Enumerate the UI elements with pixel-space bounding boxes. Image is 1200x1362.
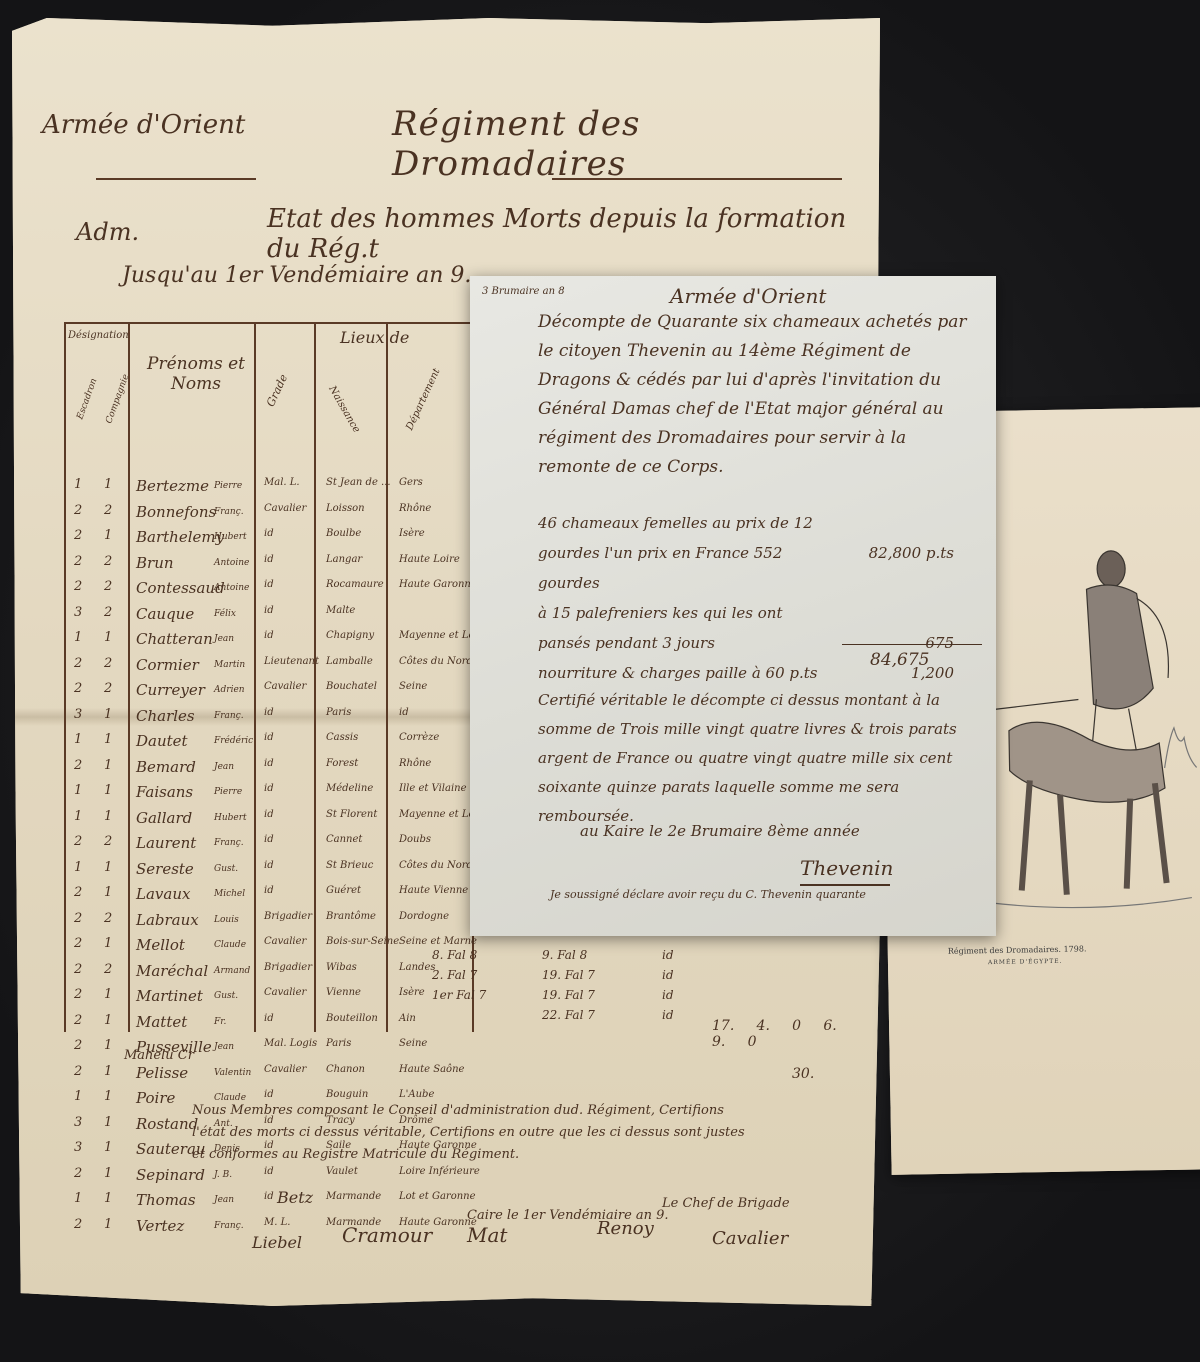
cell-cie: 2 [104,834,112,849]
cell-dept: Corrèze [399,732,439,743]
cell-dept: Ille et Vilaine [399,783,467,794]
cell-dept: Côtes du Nord [399,656,473,667]
receipt-place-date: au Kaire le 2e Brumaire 8ème année [580,822,860,840]
cell-grade: id [264,860,274,871]
cell-nom: Mattet [136,1013,187,1031]
cell-lieu: Rocamaure [326,579,384,590]
cell: 19. Fal 7 [542,968,595,982]
table-row: 22ContessaudidRocamaureHaute GaronneAnto… [64,576,474,601]
col-header-designation: Désignation [68,330,129,341]
signature: Betz [277,1188,313,1207]
cell-dept: Haute Loire [399,554,460,565]
col-header-grade: Grade [264,372,290,408]
signature-flourish [800,884,890,886]
register-title: Etat des hommes Morts depuis la formatio… [267,204,880,264]
cell-lieu: St Jean de ... [326,477,391,488]
cell: 1er Fal 7 [432,988,486,1002]
cell-lieu: Cannet [326,834,362,845]
cell-nom: Labraux [136,911,199,929]
table-row: 22BonnefonsCavalierLoissonRhôneFranç. [64,500,474,525]
cell-grade: Cavalier [264,503,306,514]
cell-esc: 3 [74,605,82,620]
cell: 2. Fal 7 [432,968,477,982]
cell: 9. Fal 8 [542,948,587,962]
cell-esc: 2 [74,1064,82,1079]
cell-prenom: Valentin [214,1068,251,1078]
table-row: 21LavauxidGuéretHaute VienneMichel [64,882,474,907]
cell-lieu: Boulbe [326,528,361,539]
receipt-item-amount: 675 [925,628,954,658]
table-row: 31CharlesidParisidFranç. [64,704,474,729]
cell-nom: Chatteran [136,630,213,648]
cell-lieu: Vaulet [326,1166,358,1177]
receipt-total: 84,675 [870,650,929,670]
cell-esc: 2 [74,656,82,671]
cell-lieu: Bouguin [326,1089,368,1100]
cell-cie: 1 [104,732,112,747]
cell-nom: Bemard [136,758,196,776]
cell-nom: Sereste [136,860,194,878]
cell-dept: Seine [399,1038,427,1049]
cell-cie: 1 [104,885,112,900]
cell-cie: 1 [104,1166,112,1181]
receipt-item-label: 46 chameaux femelles au prix de 12 gourd… [538,508,838,598]
cell-nom: Laurent [136,834,196,852]
table-row: 22CormierLieutenantLamballeCôtes du Nord… [64,653,474,678]
engraving-caption: Régiment des Dromadaires. 1798. [948,944,1087,955]
cell-esc: 2 [74,528,82,543]
cell-esc: 2 [74,1166,82,1181]
cell-grade: id [264,809,274,820]
col-header-naissance: Naissance [326,384,362,435]
table-row: 11SeresteidSt BrieucCôtes du NordGust. [64,857,474,882]
council-declaration: Nous Membres composant le Conseil d'admi… [192,1100,752,1166]
signature: Mat [467,1223,507,1247]
table-row: 21BemardidForestRhôneJean [64,755,474,780]
cell-grade: id [264,758,274,769]
cell-esc: 1 [74,809,82,824]
header-regiment-title: Régiment des Dromadaires [392,104,880,184]
receipt-item-amount: 82,800 p.ts [869,538,954,568]
cell-prenom: Claude [214,940,246,950]
cell-nom: Sepinard [136,1166,205,1184]
cell-esc: 2 [74,579,82,594]
cell-nom: Gallard [136,809,192,827]
cell-cie: 1 [104,1191,112,1206]
margin-note: Mahelu Cr [124,1048,194,1063]
cell-cie: 2 [104,579,112,594]
cell-cie: 1 [104,1089,112,1104]
cell-cie: 1 [104,630,112,645]
cell-grade: Lieutenant [264,656,319,667]
tally-value: 0 [792,1018,801,1034]
cell-dept: Rhône [399,758,431,769]
tally-value: 0 [748,1034,757,1050]
cell-esc: 1 [74,783,82,798]
cell-nom: Lavaux [136,885,190,903]
cell-cie: 1 [104,477,112,492]
engraving-subcaption: ARMÉE D'ÉGYPTE. [988,958,1063,966]
cell-nom: Rostand [136,1115,198,1133]
cell-lieu: St Brieuc [326,860,373,871]
table-row: 11GallardidSt FlorentMayenne et LoireHub… [64,806,474,831]
cell-dept: Doubs [399,834,431,845]
cell-esc: 2 [74,936,82,951]
register-table: Désignation Escadron Compagnie Prénoms e… [64,322,474,1032]
cell-dept: id [399,707,409,718]
cell-grade: Mal. L. [264,477,300,488]
cell-nom: Pelisse [136,1064,188,1082]
cell-lieu: Vienne [326,987,361,998]
cell-nom: Martinet [136,987,203,1005]
reference-mark: Adm. [76,218,139,246]
cell-dept: Isère [399,987,425,998]
cell-dept: Seine et Marne [399,936,477,947]
cell-grade: Mal. Logis [264,1038,317,1049]
cell-lieu: Chapigny [326,630,374,641]
cell-grade: Cavalier [264,1064,306,1075]
cell-prenom: Antoine [214,558,249,568]
cell-esc: 2 [74,503,82,518]
cell-prenom: Michel [214,889,245,899]
cell-grade: Cavalier [264,936,306,947]
cell-dept: Gers [399,477,423,488]
table-row: 32CauqueidMalteFélix [64,602,474,627]
tally-value: 6. [823,1018,836,1034]
cell: id [662,948,674,962]
cell-lieu: St Florent [326,809,377,820]
receipt-corner-note: 3 Brumaire an 8 [482,286,565,297]
cell-grade: id [264,1089,274,1100]
cell-prenom: Gust. [214,864,238,874]
cell-lieu: Bois-sur-Seine [326,936,399,947]
cell-lieu: Guéret [326,885,361,896]
cell-grade: id [264,707,274,718]
cell-esc: 1 [74,477,82,492]
cell-dept: Loire Inférieure [399,1166,480,1177]
cell-lieu: Langar [326,554,362,565]
table-row: 11FaisansidMédelineIlle et VilainePierre [64,780,474,805]
cell-esc: 3 [74,1140,82,1155]
cell-nom: Maréchal [136,962,208,980]
cell-dept: Isère [399,528,425,539]
cell-lieu: Wibas [326,962,357,973]
cell-esc: 2 [74,758,82,773]
table-row: 21MellotCavalierBois-sur-SeineSeine et M… [64,933,474,958]
cell-grade: Brigadier [264,911,312,922]
cell-grade: id [264,1166,274,1177]
cell-nom: Bertezme [136,477,209,495]
cell-nom: Contessaud [136,579,225,597]
cell: 19. Fal 7 [542,988,595,1002]
cell-lieu: Loisson [326,503,365,514]
cell-prenom: Jean [214,634,234,644]
cell-cie: 2 [104,962,112,977]
receipt-footer: Je soussigné déclare avoir reçu du C. Th… [550,888,866,901]
register-subtitle: Jusqu'au 1er Vendémiaire an 9. [122,263,471,288]
cell-prenom: Louis [214,915,239,925]
cell-dept: Landes [399,962,436,973]
cell-cie: 1 [104,707,112,722]
cell-cie: 2 [104,681,112,696]
cell-nom: Faisans [136,783,193,801]
cell-prenom: Martin [214,660,245,670]
cell-prenom: Pierre [214,481,242,491]
cell-prenom: J. B. [214,1170,232,1180]
cell-lieu: Lamballe [326,656,373,667]
cell-lieu: Malte [326,605,355,616]
cell: id [662,1008,674,1022]
cell-esc: 1 [74,630,82,645]
cell-cie: 1 [104,1115,112,1130]
cell-prenom: Gust. [214,991,238,1001]
cell-cie: 1 [104,1064,112,1079]
cell-prenom: Armand [214,966,250,976]
tally-value: 17. [712,1018,734,1034]
cell-dept: Haute Saône [399,1064,464,1075]
cell-prenom: Jean [214,1042,234,1052]
cell-esc: 2 [74,681,82,696]
cell-cie: 1 [104,809,112,824]
cell-esc: 1 [74,732,82,747]
cell-grade: M. L. [264,1217,290,1228]
cell-prenom: Hubert [214,532,247,542]
cell-prenom: Hubert [214,813,247,823]
receipt-item: à 15 palefreniers kes qui les ont pansés… [538,598,978,658]
header-left-rule [96,178,256,180]
sum-rule [842,644,982,645]
receipt-item-label: nourriture & charges paille à 60 p.ts [538,658,838,688]
cell-lieu: Chanon [326,1064,365,1075]
cell-esc: 2 [74,987,82,1002]
cell-nom: Barthelemy [136,528,224,546]
header-right-rule [552,178,842,180]
col-header-prenoms-noms: Prénoms et Noms [146,354,246,394]
cell-nom: Brun [136,554,174,572]
cell-lieu: Médeline [326,783,373,794]
cell-cie: 2 [104,605,112,620]
col-header-escadron: Escadron [75,377,99,421]
tally-total: 30. [792,1066,814,1082]
cell-nom: Charles [136,707,195,725]
cell-cie: 1 [104,758,112,773]
cell-prenom: Jean [214,1195,234,1205]
cell: id [662,988,674,1002]
cell-dept: Seine [399,681,427,692]
cell-dept: L'Aube [399,1089,434,1100]
col-header-lieux-de: Lieux de [340,328,409,347]
cell-dept: Rhône [399,503,431,514]
cell-prenom: Fr. [214,1017,226,1027]
cell-nom: Bonnefons [136,503,216,521]
cell-lieu: Paris [326,1038,351,1049]
cell-cie: 2 [104,554,112,569]
cell-esc: 2 [74,911,82,926]
signature: Cramour [342,1223,432,1247]
cell-nom: Thomas [136,1191,196,1209]
cell-grade: id [264,605,274,616]
cell-prenom: Franç. [214,711,244,721]
camel-receipt-sheet: 3 Brumaire an 8 Armée d'Orient Décompte … [470,276,996,936]
cell-cie: 1 [104,528,112,543]
cell: 8. Fal 8 [432,948,477,962]
cell-esc: 2 [74,834,82,849]
table-row: 11DautetidCassisCorrèzeFrédéric [64,729,474,754]
cell-esc: 1 [74,860,82,875]
cell-dept: Lot et Garonne [399,1191,476,1202]
cell-nom: Poire [136,1089,175,1107]
cell-cie: 1 [104,1038,112,1053]
cell-grade: id [264,783,274,794]
cell-esc: 2 [74,554,82,569]
cell-nom: Vertez [136,1217,184,1235]
table-row: 21SepinardidVauletLoire InférieureJ. B. [64,1163,474,1188]
table-row: 22LaurentidCannetDoubsFranç. [64,831,474,856]
signature: Renoy [597,1218,654,1239]
cell-grade: id [264,885,274,896]
cell-prenom: Félix [214,609,236,619]
table-row: 11BertezmeMal. L.St Jean de ...GersPierr… [64,474,474,499]
receipt-heading: Armée d'Orient [670,284,826,308]
cell-prenom: Frédéric [214,736,253,746]
cell-grade: id [264,630,274,641]
receipt-body: Décompte de Quarante six chameaux acheté… [538,308,978,482]
cell-esc: 2 [74,1038,82,1053]
cell: 22. Fal 7 [542,1008,595,1022]
cell-esc: 2 [74,1013,82,1028]
cell-esc: 2 [74,962,82,977]
tally-value: 9. [712,1034,725,1050]
cell-prenom: Adrien [214,685,245,695]
cell-grade: id [264,554,274,565]
table-row: 21PelisseCavalierChanonHaute SaôneValent… [64,1061,474,1086]
table-row: 22CurreyerCavalierBouchatelSeineAdrien [64,678,474,703]
cell-cie: 2 [104,503,112,518]
cell-dept: Ain [399,1013,416,1024]
cell-grade: id [264,1013,274,1024]
cell-nom: Dautet [136,732,188,750]
table-row: 11ThomasidMarmandeLot et GaronneJean [64,1188,474,1213]
receipt-certification: Certifié véritable le décompte ci dessus… [538,686,978,831]
cell-cie: 1 [104,1013,112,1028]
table-row: 22MaréchalBrigadierWibasLandesArmand [64,959,474,984]
col-header-departement: Département [404,367,442,432]
receipt-signature: Thevenin [800,856,893,880]
cell-dept: Côtes du Nord [399,860,473,871]
cell-cie: 1 [104,936,112,951]
cell-grade: Cavalier [264,987,306,998]
cell-nom: Cauque [136,605,194,623]
cell-dept: Haute Garonne [399,579,477,590]
cell-grade: id [264,834,274,845]
cell-grade: Brigadier [264,962,312,973]
cell-lieu: Bouchatel [326,681,377,692]
cell-lieu: Cassis [326,732,358,743]
header-armee-d-orient: Armée d'Orient [42,110,245,140]
cell-lieu: Brantôme [326,911,376,922]
cell-cie: 2 [104,911,112,926]
cell-esc: 1 [74,1089,82,1104]
cell-grade: Cavalier [264,681,306,692]
cell-cie: 1 [104,987,112,1002]
receipt-item: 46 chameaux femelles au prix de 12 gourd… [538,508,978,598]
cell: id [662,968,674,982]
cell-nom: Mellot [136,936,185,954]
right-columns-fragment: 8. Fal 89. Fal 8id 2. Fal 719. Fal 7id 1… [432,948,792,1028]
cell-dept: Haute Vienne [399,885,468,896]
cell-grade: id [264,528,274,539]
cell-esc: 2 [74,1217,82,1232]
cell-lieu: Forest [326,758,358,769]
cell-esc: 3 [74,1115,82,1130]
table-row: 11ChatteranidChapignyMayenne et LoireJea… [64,627,474,652]
signature: Cavalier [712,1228,788,1249]
cell-lieu: Bouteillon [326,1013,378,1024]
cell-cie: 1 [104,860,112,875]
signature: Liebel [252,1233,302,1252]
cell-prenom: Antoine [214,583,249,593]
chef-de-brigade-label: Le Chef de Brigade [662,1196,790,1211]
receipt-item-label: à 15 palefreniers kes qui les ont pansés… [538,598,838,658]
cell-prenom: Franç. [214,1221,244,1231]
cell-dept: Dordogne [399,911,449,922]
cell-lieu: Paris [326,707,351,718]
tally-value: 4. [757,1018,770,1034]
cell-grade: id [264,1191,274,1202]
cell-esc: 1 [74,1191,82,1206]
table-row: 22BrunidLangarHaute LoireAntoine [64,551,474,576]
cell-lieu: Marmande [326,1191,381,1202]
cell-grade: id [264,579,274,590]
tally-subtotals: 17. 4. 0 6. 9. 0 [712,1018,880,1050]
table-row: 21BarthelemyidBoulbeIsèreHubert [64,525,474,550]
table-row: 21MartinetCavalierVienneIsèreGust. [64,984,474,1009]
cell-prenom: Jean [214,762,234,772]
cell-cie: 1 [104,1140,112,1155]
table-row: 21MattetidBouteillonAinFr. [64,1010,474,1035]
table-row: 22LabrauxBrigadierBrantômeDordogneLouis [64,908,474,933]
cell-grade: id [264,732,274,743]
cell-prenom: Franç. [214,507,244,517]
camel-rider-engraving-icon [975,527,1200,931]
cell-cie: 2 [104,656,112,671]
cell-prenom: Pierre [214,787,242,797]
cell-cie: 1 [104,783,112,798]
cell-esc: 3 [74,707,82,722]
cell-cie: 1 [104,1217,112,1232]
cell-nom: Cormier [136,656,199,674]
cell-esc: 2 [74,885,82,900]
cell-prenom: Franç. [214,838,244,848]
cell-nom: Curreyer [136,681,205,699]
